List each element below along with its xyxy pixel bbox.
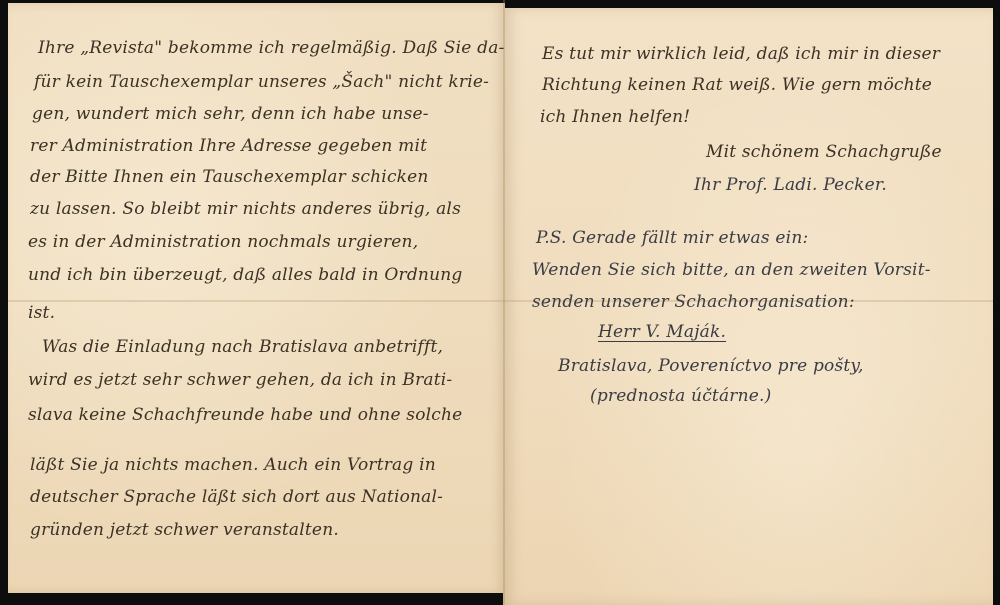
ps-line: senden unserer Schachorganisation:: [532, 292, 855, 312]
letter-line: für kein Tauschexemplar unseres „Šach" n…: [34, 72, 489, 92]
letter-line: gen, wundert mich sehr, denn ich habe un…: [32, 104, 429, 124]
letter-line: deutscher Sprache läßt sich dort aus Nat…: [30, 487, 443, 507]
letter-line: Ihre „Revista" bekomme ich regelmäßig. D…: [38, 38, 505, 58]
letter-line: gründen jetzt schwer veranstalten.: [30, 520, 339, 540]
letter-line: Richtung keinen Rat weiß. Wie gern möcht…: [542, 75, 932, 95]
letter-line: ist.: [28, 303, 55, 323]
address-city: Bratislava, Povereníctvo pre pošty,: [558, 356, 864, 376]
address-department: (prednosta účtárne.): [590, 386, 771, 406]
letter-line: läßt Sie ja nichts machen. Auch ein Vort…: [30, 455, 436, 475]
letter-line: ich Ihnen helfen!: [540, 107, 690, 127]
address-name: Herr V. Maják.: [598, 322, 726, 342]
paper-fold-vertical: [503, 0, 505, 605]
letter-line: Es tut mir wirklich leid, daß ich mir in…: [542, 44, 940, 64]
closing-line: Mit schönem Schachgruße: [706, 142, 942, 162]
ps-line: P.S. Gerade fällt mir etwas ein:: [536, 228, 808, 248]
letter-line: rer Administration Ihre Adresse gegeben …: [30, 136, 427, 156]
ps-line: Wenden Sie sich bitte, an den zweiten Vo…: [532, 260, 931, 280]
letter-line: und ich bin überzeugt, daß alles bald in…: [28, 265, 462, 285]
letter-line: Was die Einladung nach Bratislava anbetr…: [42, 337, 443, 357]
letter-line: slava keine Schachfreunde habe und ohne …: [28, 405, 462, 425]
letter-line: der Bitte Ihnen ein Tauschexemplar schic…: [30, 167, 429, 187]
letter-line: es in der Administration nochmals urgier…: [28, 232, 418, 252]
letter-line: zu lassen. So bleibt mir nichts anderes …: [30, 199, 461, 219]
letter-line: wird es jetzt sehr schwer gehen, da ich …: [28, 370, 452, 390]
signature: Ihr Prof. Ladi. Pecker.: [694, 175, 887, 195]
